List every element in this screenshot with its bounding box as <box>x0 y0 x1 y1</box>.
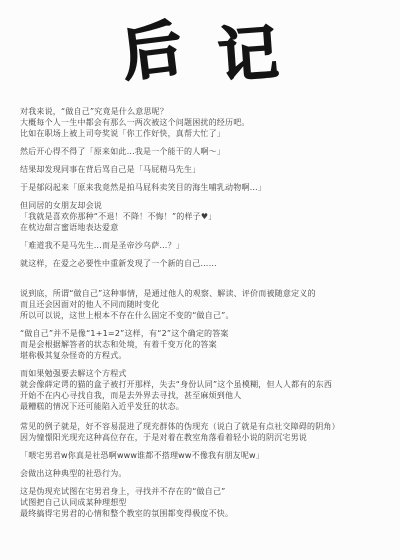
text-line: 对我来说，“做自己”究竟是什么意思呢？ <box>20 106 386 117</box>
paragraph-3: 结果却发现同事在背后骂自己是「马屁精马先生」 <box>20 164 386 175</box>
title-char-ji: 记 <box>216 23 280 87</box>
text-line: 最终搞得宅男君的心情和整个教室的氛围都变得极度不快。 <box>20 508 386 519</box>
paragraph-14: 这是伪现充试图在宅男君身上，寻找并不存在的“做自己” 试图把自己认同成某种理想型… <box>20 486 386 519</box>
paragraph-8: 说到底，所谓“做自己”这种事情，是通过他人的观察、解读、评价而被随意定义的 而且… <box>20 288 386 321</box>
afterword-page: 后 记 对我来说，“做自己”究竟是什么意思呢？ 大概每个人一生中都会有那么一两次… <box>0 0 400 560</box>
text-line: 就会像薛定谔的猫的盒子被打开那样，失去“身份认同”这个虽模糊，但人人都有的东西 <box>20 379 386 390</box>
text-line: 常见的例子就是，好不容易混进了现充群体的伪现充（说白了就是有点社交障碍的阴角） <box>20 421 386 432</box>
text-line: “做自己”并不是像“1+1=2”这样，有“2”这个确定的答案 <box>20 328 386 339</box>
paragraph-1: 对我来说，“做自己”究竟是什么意思呢？ 大概每个人一生中都会有那么一两次被这个问… <box>20 106 386 139</box>
body-text: 对我来说，“做自己”究竟是什么意思呢？ 大概每个人一生中都会有那么一两次被这个问… <box>0 98 400 519</box>
text-line: 因为憧憬阳光现充这种高位存在，于是对着在教室角落看着轻小说的阴沉宅男说 <box>20 432 386 443</box>
text-line: 这是伪现充试图在宅男君身上，寻找并不存在的“做自己” <box>20 486 386 497</box>
text-line: 所以可以说，这世上根本不存在什么固定不变的“做自己”。 <box>20 310 386 321</box>
page-title: 后 记 <box>0 6 400 98</box>
paragraph-12: 「喂宅男君w你真是社恐啊www谁都不搭理ww不像我有朋友呢w」 <box>20 450 386 461</box>
text-line: 但同居的女朋友却会说 <box>20 200 386 211</box>
paragraph-6: 「难道我不是马先生…而是圣帝沙乌萨…？」 <box>20 240 386 251</box>
text-line: 「我就是喜欢你那种“不退！不降！不悔！”的样子♥」 <box>20 211 386 222</box>
text-line: 「喂宅男君w你真是社恐啊www谁都不搭理ww不像我有朋友呢w」 <box>20 450 386 461</box>
text-line: 最糟糕的情况下还可能陷入近乎发狂的状态。 <box>20 401 386 412</box>
text-line: 结果却发现同事在背后骂自己是「马屁精马先生」 <box>20 164 386 175</box>
paragraph-13: 会做出这种典型的社恐行为。 <box>20 468 386 479</box>
paragraph-7: 就这样，在爱之必要性中重新发现了一个新的自己…… <box>20 258 386 269</box>
text-line: 比如在职场上被上司夸奖说「你工作好快，真帮大忙了」 <box>20 128 386 139</box>
text-line: 「难道我不是马先生…而是圣帝沙乌萨…？」 <box>20 240 386 251</box>
paragraph-5: 但同居的女朋友却会说 「我就是喜欢你那种“不退！不降！不悔！”的样子♥」 在枕边… <box>20 200 386 233</box>
title-char-hou: 后 <box>119 19 186 86</box>
paragraph-2: 然后开心得不得了「原来如此…我是一个能干的人啊～」 <box>20 146 386 157</box>
text-line: 大概每个人一生中都会有那么一两次被这个问题困扰的经历吧。 <box>20 117 386 128</box>
text-line: 就这样，在爱之必要性中重新发现了一个新的自己…… <box>20 258 386 269</box>
text-line: 开始不在内心寻找自我，而是去外界去寻找，甚至麻烦到他人 <box>20 390 386 401</box>
paragraph-4: 于是郁闷起来「原来我竟然是拍马屁科卖笑目的海生哺乳动物啊…」 <box>20 182 386 193</box>
paragraph-9: “做自己”并不是像“1+1=2”这样，有“2”这个确定的答案 而是会根据解答者的… <box>20 328 386 361</box>
text-line: 会做出这种典型的社恐行为。 <box>20 468 386 479</box>
text-line: 在枕边甜言蜜语地表达爱意 <box>20 222 386 233</box>
text-line: 试图把自己认同成某种理想型 <box>20 497 386 508</box>
text-line: 说到底，所谓“做自己”这种事情，是通过他人的观察、解读、评价而被随意定义的 <box>20 288 386 299</box>
text-line: 而是会根据解答者的状态和处境，有着千变万化的答案 <box>20 339 386 350</box>
paragraph-11: 常见的例子就是，好不容易混进了现充群体的伪现充（说白了就是有点社交障碍的阴角） … <box>20 421 386 443</box>
text-line: 而如果勉强要去解这个方程式 <box>20 368 386 379</box>
paragraph-10: 而如果勉强要去解这个方程式 就会像薛定谔的猫的盒子被打开那样，失去“身份认同”这… <box>20 368 386 412</box>
text-line: 而且还会因面对的他人不同而随时变化 <box>20 299 386 310</box>
text-line: 于是郁闷起来「原来我竟然是拍马屁科卖笑目的海生哺乳动物啊…」 <box>20 182 386 193</box>
text-line: 然后开心得不得了「原来如此…我是一个能干的人啊～」 <box>20 146 386 157</box>
text-line: 堪称极其复杂怪奇的方程式。 <box>20 350 386 361</box>
